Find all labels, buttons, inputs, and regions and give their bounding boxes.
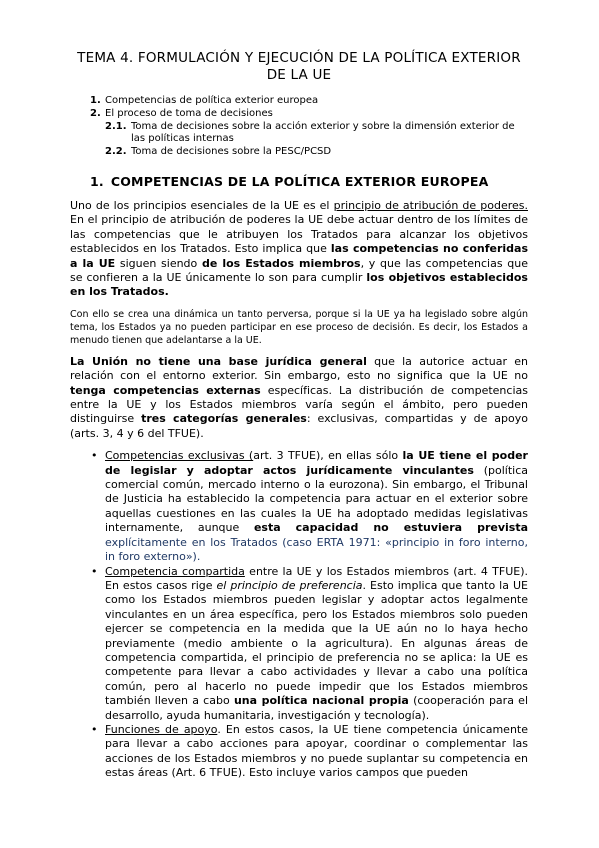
outline-item-2-2: 2.2. Toma de decisiones sobre la PESC/PC… — [105, 146, 528, 159]
bullet-text: Competencias exclusivas (art. 3 TFUE), e… — [105, 449, 528, 563]
bullet-text: Competencia compartida entre la UE y los… — [105, 565, 528, 722]
bullet-icon: • — [91, 723, 98, 737]
outline-number: 2.1. — [105, 121, 131, 147]
section-heading-number: 1. — [90, 174, 104, 189]
outline-list: 1. Competencias de política exterior eur… — [70, 95, 528, 159]
bullet-exclusive-competences: •Competencias exclusivas (art. 3 TFUE), … — [70, 449, 528, 564]
outline-number: 1. — [90, 95, 105, 108]
outline-item-1: 1. Competencias de política exterior eur… — [90, 95, 528, 108]
bullet-support-functions: •Funciones de apoyo. En estos casos, la … — [70, 723, 528, 781]
outline-label: Toma de decisiones sobre la PESC/PCSD — [131, 146, 528, 159]
bullet-icon: • — [91, 449, 98, 463]
competence-bullet-list: •Competencias exclusivas (art. 3 TFUE), … — [70, 449, 528, 780]
document-title: TEMA 4. FORMULACIÓN Y EJECUCIÓN DE LA PO… — [70, 50, 528, 84]
outline-label: El proceso de toma de decisiones — [105, 108, 528, 121]
paragraph-attribution-principle: Uno de los principios esenciales de la U… — [70, 199, 528, 300]
outline-item-2: 2. El proceso de toma de decisiones — [90, 108, 528, 121]
section-heading: 1.COMPETENCIAS DE LA POLÍTICA EXTERIOR E… — [90, 174, 528, 189]
outline-label: Competencias de política exterior europe… — [105, 95, 528, 108]
section-heading-text: COMPETENCIAS DE LA POLÍTICA EXTERIOR EUR… — [111, 174, 489, 189]
paragraph-legal-basis: La Unión no tiene una base jurídica gene… — [70, 355, 528, 441]
bullet-shared-competence: •Competencia compartida entre la UE y lo… — [70, 565, 528, 723]
outline-label: Toma de decisiones sobre la acción exter… — [131, 121, 528, 147]
outline-number: 2.2. — [105, 146, 131, 159]
outline-number: 2. — [90, 108, 105, 121]
bullet-text: Funciones de apoyo. En estos casos, la U… — [105, 723, 528, 779]
paragraph-dynamic-note: Con ello se crea una dinámica un tanto p… — [70, 308, 528, 347]
bullet-icon: • — [91, 565, 98, 579]
outline-item-2-1: 2.1. Toma de decisiones sobre la acción … — [105, 121, 528, 147]
document-page: TEMA 4. FORMULACIÓN Y EJECUCIÓN DE LA PO… — [0, 0, 599, 848]
